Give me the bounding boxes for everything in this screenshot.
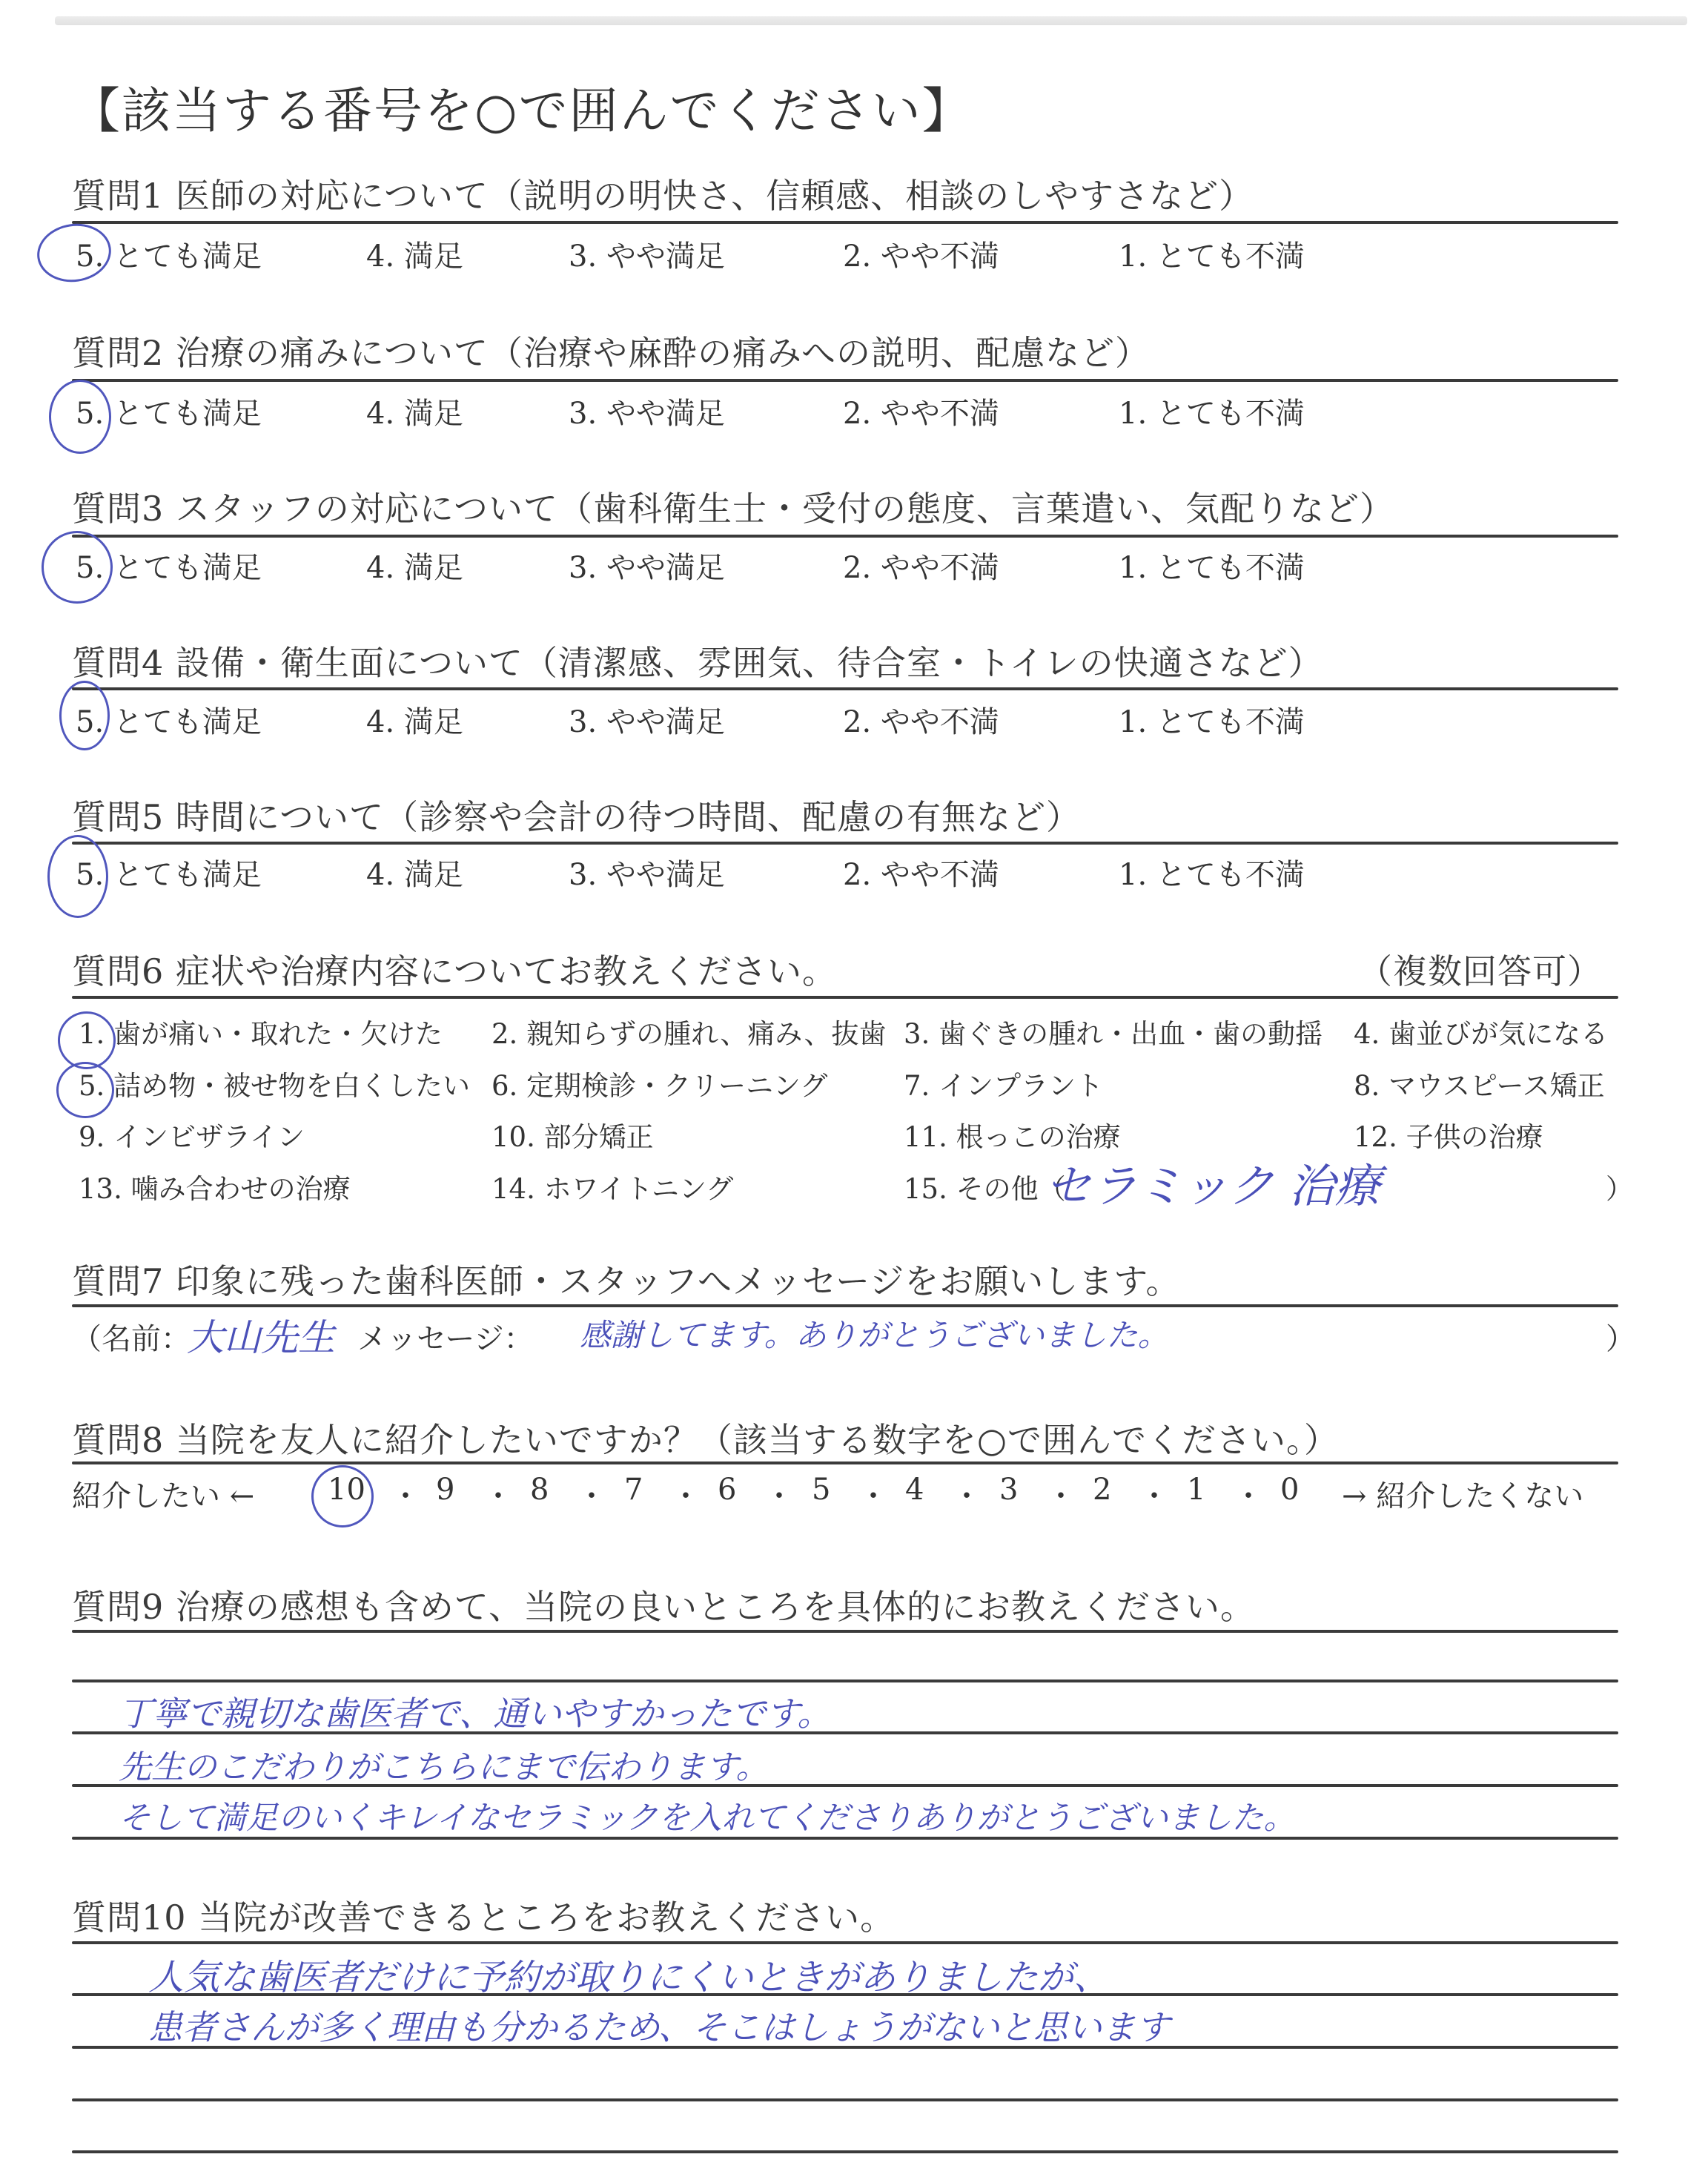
q4-rule — [72, 687, 1618, 690]
q8-separator: ・ — [483, 1473, 513, 1515]
q2-rule — [72, 379, 1618, 382]
q8-separator: ・ — [577, 1473, 606, 1515]
q6-option-9[interactable]: 9. インビザライン — [79, 1114, 305, 1155]
q1-rule — [72, 221, 1618, 224]
q5-rule — [72, 842, 1618, 845]
q8-score-5[interactable]: 5 — [812, 1473, 830, 1507]
q8-separator: ・ — [858, 1473, 888, 1515]
q6-option-8[interactable]: 8. マウスピース矯正 — [1354, 1063, 1605, 1103]
q1-option-3[interactable]: 3. やや満足 — [569, 233, 725, 275]
q8-score-3[interactable]: 3 — [999, 1473, 1018, 1507]
q8-right-label: → 紹介したくない — [1342, 1473, 1583, 1515]
q7-name-label: （名前： — [72, 1315, 191, 1358]
q5-option-3[interactable]: 3. やや満足 — [569, 851, 725, 894]
q6-rule — [72, 996, 1618, 999]
q2-selection-circle — [49, 380, 111, 454]
q9-answer-line-3[interactable]: そして満足のいくキレイなセラミックを入れてくださりありがとうございました。 — [119, 1793, 1296, 1838]
q3-title: 質問3 スタッフの対応について（歯科衛生士・受付の態度、言葉遣い、気配りなど） — [72, 482, 1394, 531]
q3-rule — [72, 535, 1618, 538]
q8-title: 質問8 当院を友人に紹介したいですか？（該当する数字を○で囲んでください。） — [72, 1413, 1339, 1462]
q4-option-1[interactable]: 1. とても不満 — [1119, 698, 1305, 741]
q7-close-paren: ） — [1606, 1315, 1635, 1358]
q8-separator: ・ — [764, 1473, 794, 1515]
q7-rule — [72, 1304, 1618, 1307]
q6-option-5[interactable]: 5. 詰め物・被せ物を白くしたい — [79, 1063, 470, 1103]
q5-selection-circle — [47, 835, 108, 918]
q6-option-4[interactable]: 4. 歯並びが気になる — [1354, 1011, 1608, 1051]
q8-score-9[interactable]: 9 — [436, 1473, 454, 1507]
q8-separator: ・ — [1139, 1473, 1169, 1515]
q6-other-answer[interactable]: セラミック 治療 — [1045, 1149, 1380, 1215]
q8-separator: ・ — [952, 1473, 982, 1515]
q10-rule-1 — [72, 1941, 1618, 1944]
q4-option-2[interactable]: 2. やや不満 — [843, 698, 999, 741]
q5-title: 質問5 時間について（診察や会計の待つ時間、配慮の有無など） — [72, 790, 1081, 839]
q8-separator: ・ — [391, 1473, 420, 1515]
q8-rule — [72, 1462, 1618, 1464]
q1-option-1[interactable]: 1. とても不満 — [1119, 233, 1305, 275]
page-instruction: 【該当する番号を○で囲んでください】 — [71, 71, 973, 142]
q5-option-2[interactable]: 2. やや不満 — [843, 851, 999, 894]
q6-option-2[interactable]: 2. 親知らずの腫れ、痛み、抜歯 — [491, 1011, 887, 1051]
q4-selection-circle — [59, 681, 110, 750]
q8-score-6[interactable]: 6 — [718, 1473, 736, 1507]
q6-option-5-selection-circle — [56, 1062, 114, 1118]
q5-option-4[interactable]: 4. 満足 — [366, 851, 463, 894]
q8-score-2[interactable]: 2 — [1093, 1473, 1111, 1507]
q6-option-15-other[interactable]: 15. その他（ — [904, 1166, 1066, 1206]
q9-title: 質問9 治療の感想も含めて、当院の良いところを具体的にお教えください。 — [72, 1580, 1255, 1629]
q8-score-1[interactable]: 1 — [1187, 1473, 1205, 1507]
q8-score-0[interactable]: 0 — [1280, 1473, 1299, 1507]
q9-rule-1 — [72, 1630, 1618, 1633]
q8-left-label: 紹介したい ← — [72, 1473, 254, 1515]
q3-option-1[interactable]: 1. とても不満 — [1119, 544, 1305, 587]
q2-title: 質問2 治療の痛みについて（治療や麻酔の痛みへの説明、配慮など） — [72, 326, 1150, 375]
q6-option-11[interactable]: 11. 根っこの治療 — [904, 1114, 1121, 1155]
q6-other-close-paren: ） — [1606, 1166, 1633, 1206]
scan-top-edge — [55, 16, 1687, 25]
q6-option-10[interactable]: 10. 部分矯正 — [491, 1114, 654, 1155]
q1-option-2[interactable]: 2. やや不満 — [843, 233, 999, 275]
q8-separator: ・ — [671, 1473, 701, 1515]
q10-rule-4 — [72, 2098, 1618, 2101]
q8-selection-circle — [311, 1465, 374, 1527]
q8-score-7[interactable]: 7 — [624, 1473, 643, 1507]
q7-title: 質問7 印象に残った歯科医師・スタッフへメッセージをお願いします。 — [72, 1255, 1181, 1304]
q1-title: 質問1 医師の対応について（説明の明快さ、信頼感、相談のしやすさなど） — [72, 169, 1254, 218]
q6-multiple-note: （複数回答可） — [1358, 945, 1602, 994]
q9-answer-line-1[interactable]: 丁寧で親切な歯医者で、通いやすかったです。 — [119, 1687, 831, 1736]
q5-option-1[interactable]: 1. とても不満 — [1119, 851, 1305, 894]
q4-option-4[interactable]: 4. 満足 — [366, 698, 463, 741]
q8-separator: ・ — [1046, 1473, 1076, 1515]
q6-option-3[interactable]: 3. 歯ぐきの腫れ・出血・歯の動揺 — [904, 1011, 1323, 1051]
q10-title: 質問10 当院が改善できるところをお教えください。 — [72, 1891, 895, 1940]
q3-option-4[interactable]: 4. 満足 — [366, 544, 463, 587]
q2-option-3[interactable]: 3. やや満足 — [569, 390, 725, 432]
q3-selection-circle — [42, 531, 113, 604]
q2-option-4[interactable]: 4. 満足 — [366, 390, 463, 432]
q10-answer-line-1[interactable]: 人気な歯医者だけに予約が取りにくいときがありましたが、 — [148, 1949, 1109, 2000]
q6-option-13[interactable]: 13. 噛み合わせの治療 — [79, 1166, 351, 1206]
q10-rule-5 — [72, 2150, 1618, 2153]
q9-rule-2 — [72, 1680, 1618, 1682]
q6-option-1[interactable]: 1. 歯が痛い・取れた・欠けた — [79, 1011, 443, 1051]
q8-separator: ・ — [1234, 1473, 1263, 1515]
q10-answer-line-2[interactable]: 患者さんが多く理由も分かるため、そこはしょうがないと思います — [148, 2001, 1170, 2050]
q2-option-1[interactable]: 1. とても不満 — [1119, 390, 1305, 432]
q7-message-value[interactable]: 感謝してます。ありがとうございました。 — [580, 1311, 1169, 1355]
q9-answer-line-2[interactable]: 先生のこだわりがこちらにまで伝わります。 — [119, 1740, 768, 1788]
q7-message-label: メッセージ： — [357, 1315, 534, 1358]
q4-option-3[interactable]: 3. やや満足 — [569, 698, 725, 741]
q8-score-8[interactable]: 8 — [530, 1473, 549, 1507]
q3-option-2[interactable]: 2. やや不満 — [843, 544, 999, 587]
q6-option-14[interactable]: 14. ホワイトニング — [491, 1166, 733, 1206]
q6-option-1-selection-circle — [58, 1011, 116, 1069]
q8-score-4[interactable]: 4 — [905, 1473, 924, 1507]
q1-selection-circle — [33, 219, 115, 286]
q6-option-7[interactable]: 7. インプラント — [904, 1063, 1103, 1103]
q6-option-6[interactable]: 6. 定期検診・クリーニング — [491, 1063, 827, 1103]
q2-option-2[interactable]: 2. やや不満 — [843, 390, 999, 432]
q6-title: 質問6 症状や治療内容についてお教えください。 — [72, 945, 837, 994]
q4-title: 質問4 設備・衛生面について（清潔感、雰囲気、待合室・トイレの快適さなど） — [72, 636, 1323, 685]
q6-option-12[interactable]: 12. 子供の治療 — [1354, 1114, 1543, 1155]
q7-name-value[interactable]: 大山先生 — [187, 1308, 335, 1361]
q3-option-3[interactable]: 3. やや満足 — [569, 544, 725, 587]
q1-option-4[interactable]: 4. 満足 — [366, 233, 463, 275]
